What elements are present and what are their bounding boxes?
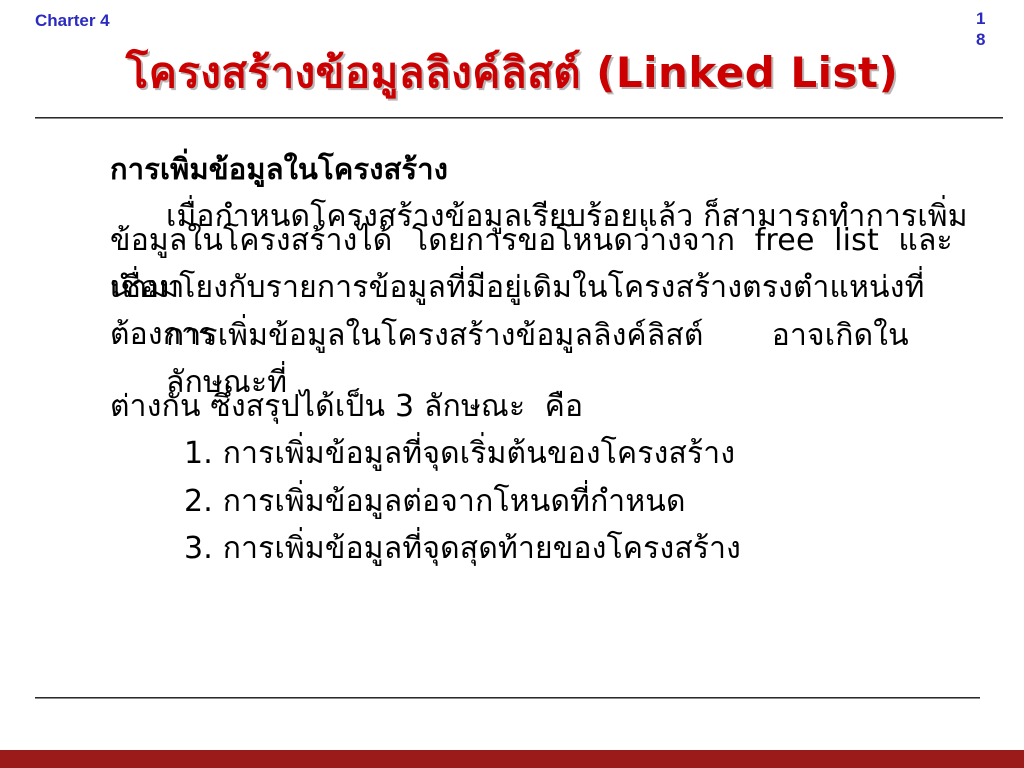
body-text-block: การเพิ่มข้อมูลในโครงสร้าง เมื่อกำหนดโครง… <box>110 145 970 573</box>
body-heading: การเพิ่มข้อมูลในโครงสร้าง <box>110 145 970 193</box>
footer-bar <box>0 750 1024 768</box>
slide: Charter 4 18 โครงสร้างข้อมูลลิงค์ลิสต์ (… <box>0 0 1024 768</box>
bottom-divider-line <box>35 697 980 699</box>
body-list-item-3: 3. การเพิ่มข้อมูลที่จุดสุดท้ายของโครงสร้… <box>110 525 970 573</box>
body-list-item-1: 1. การเพิ่มข้อมูลที่จุดเริ่มต้นของโครงสร… <box>110 430 970 478</box>
chapter-label: Charter 4 <box>35 11 110 31</box>
slide-title: โครงสร้างข้อมูลลิงค์ลิสต์ (Linked List) <box>0 40 1024 106</box>
top-divider-line <box>35 117 1003 119</box>
body-list-item-2: 2. การเพิ่มข้อมูลต่อจากโหนดที่กำหนด <box>110 478 970 526</box>
body-line: การเพิ่มข้อมูลในโครงสร้างข้อมูลลิงค์ลิสต… <box>110 335 970 383</box>
